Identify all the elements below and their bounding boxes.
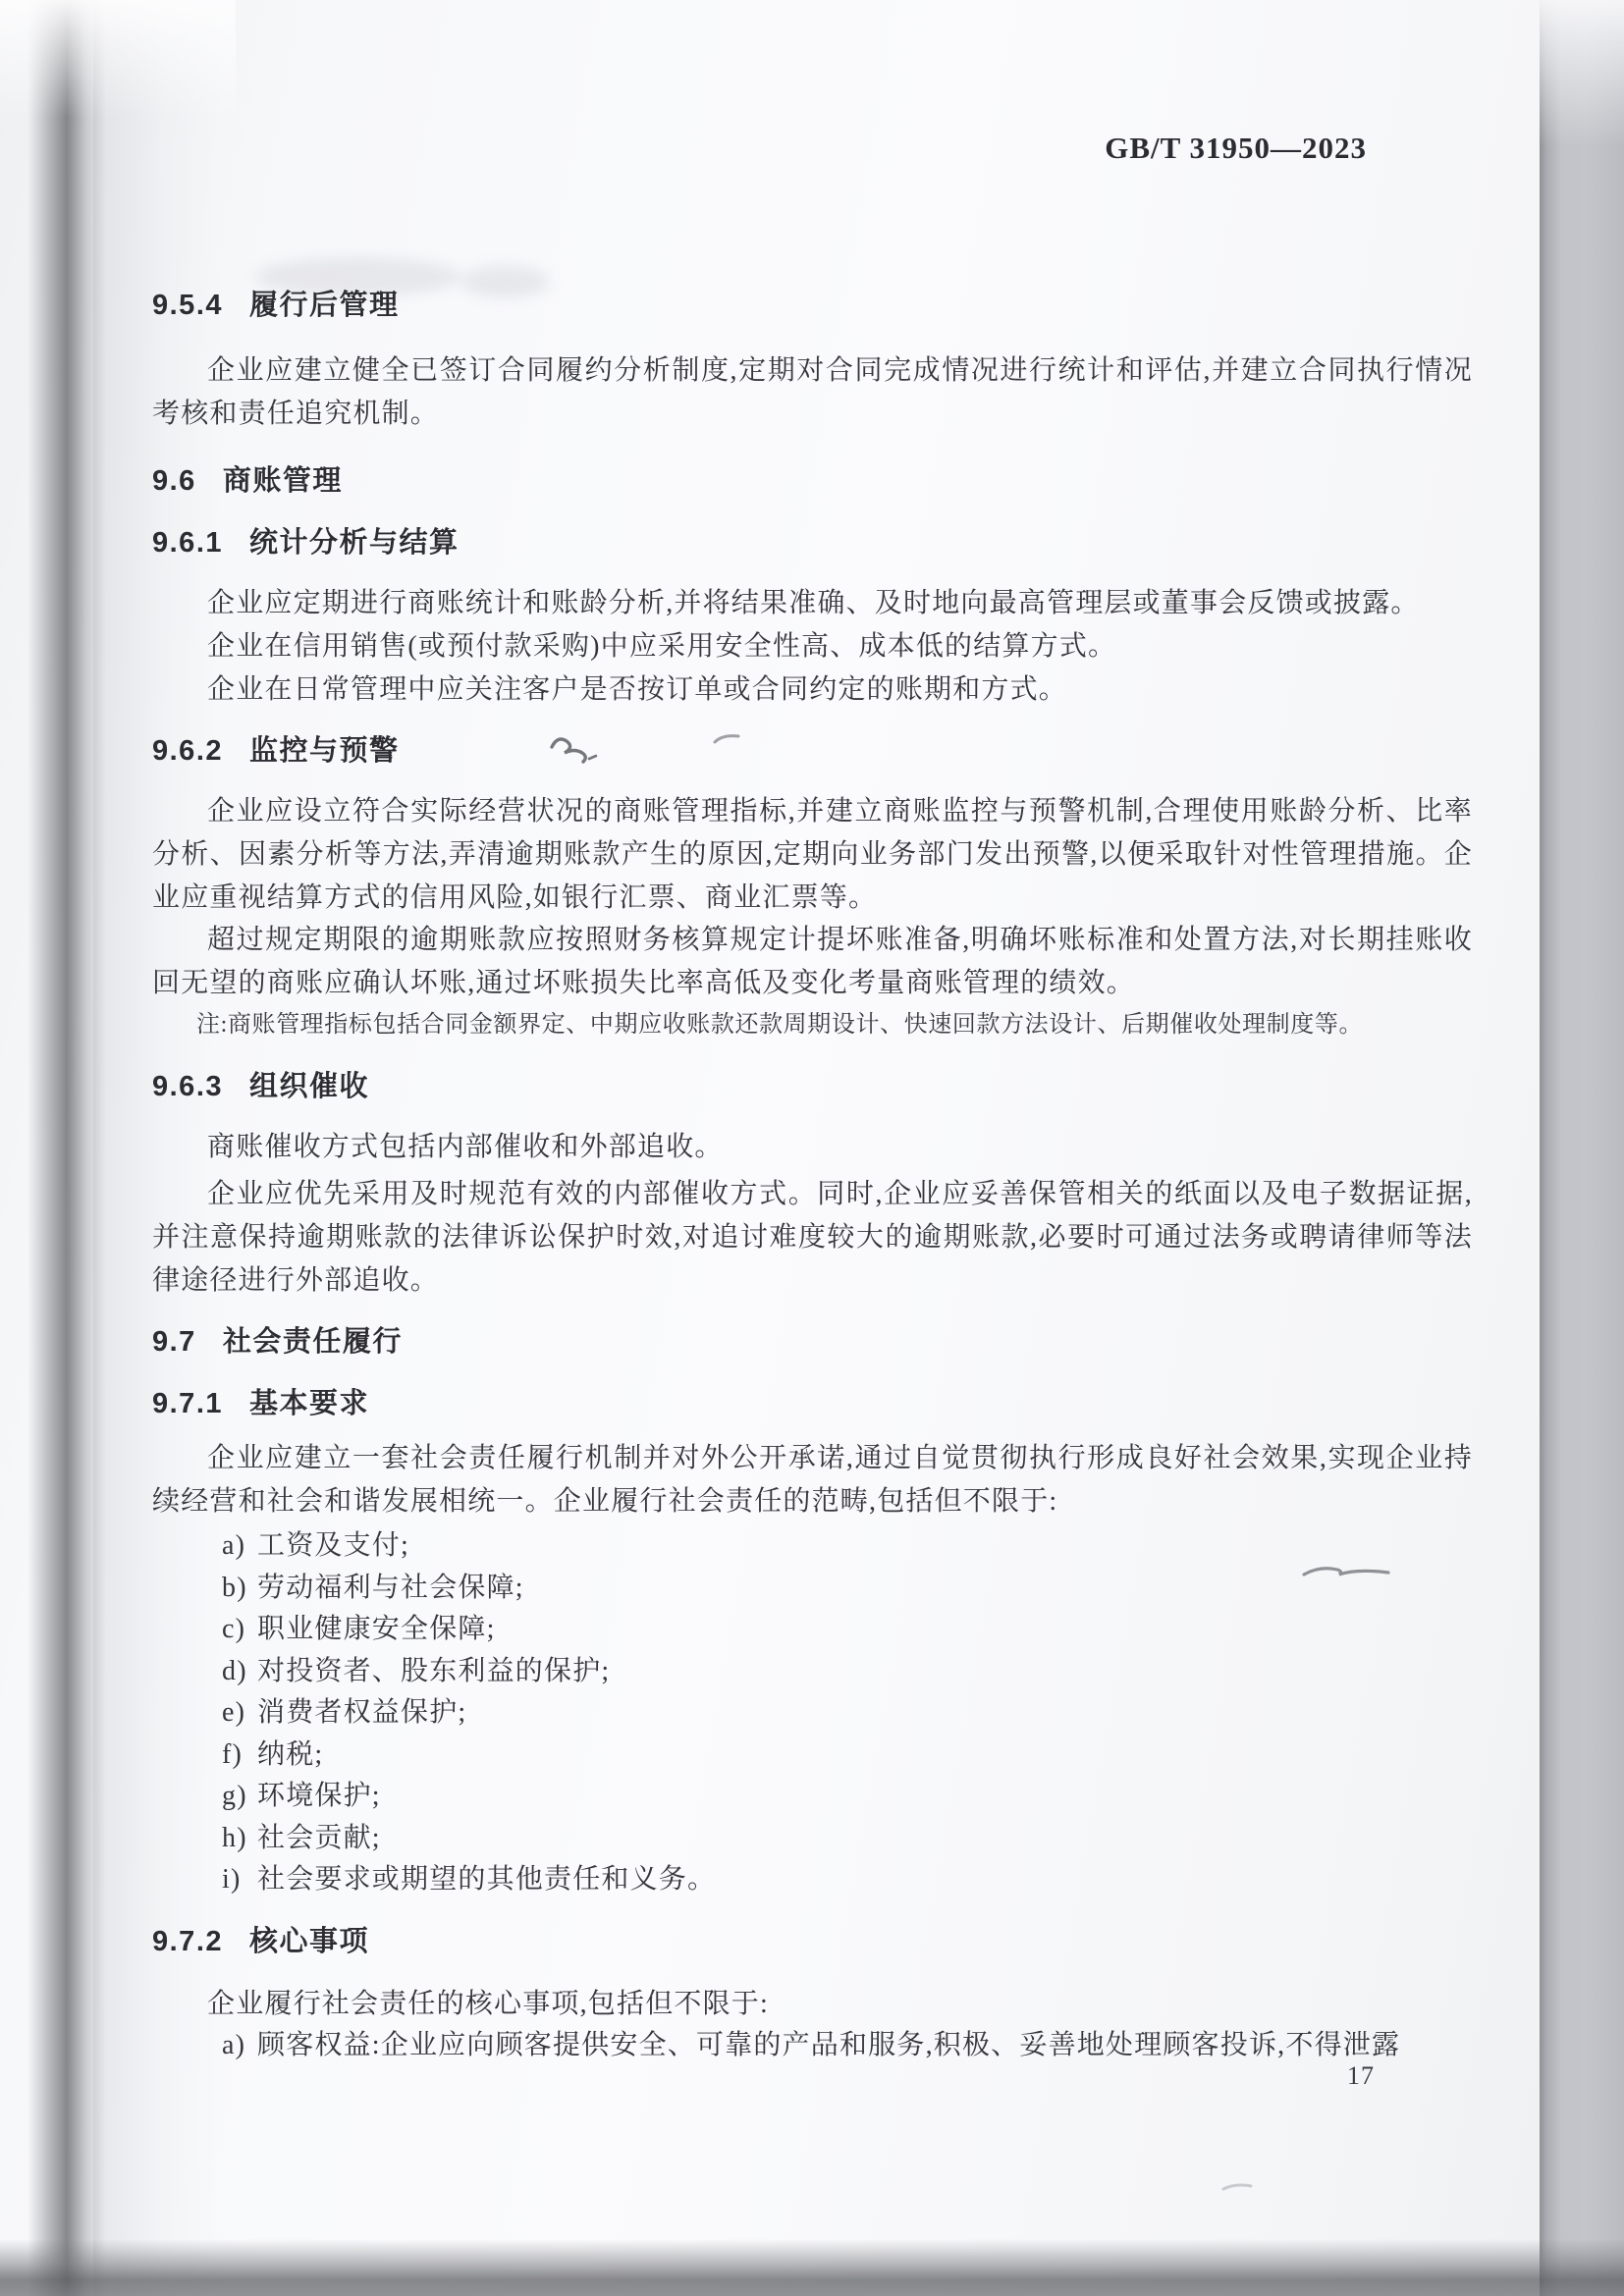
list-item-text: 环境保护; bbox=[257, 1781, 381, 1811]
paragraph: 企业履行社会责任的核心事项,包括但不限于: bbox=[152, 1983, 1473, 2026]
section-title: 核心事项 bbox=[249, 1926, 369, 1957]
paragraph: 企业应设立符合实际经营状况的商账管理指标,并建立商账监控与预警机制,合理使用账龄… bbox=[152, 790, 1473, 920]
section-heading-9-6-2: 9.6.2监控与预警 bbox=[152, 728, 400, 769]
paragraph: 企业应建立健全已签订合同履约分析制度,定期对合同完成情况进行统计和评估,并建立合… bbox=[152, 349, 1473, 436]
list-item-text: 职业健康安全保障; bbox=[257, 1614, 496, 1644]
handwritten-dash-mark bbox=[1298, 1557, 1396, 1586]
section-heading-9-5-4: 9.5.4履行后管理 bbox=[152, 283, 400, 323]
section-heading-9-6-3: 9.6.3组织催收 bbox=[152, 1064, 369, 1104]
list-item-label: e) bbox=[222, 1692, 257, 1735]
list-item-label: i) bbox=[222, 1859, 257, 1901]
list-item-label: f) bbox=[222, 1735, 257, 1777]
list-item-label: d) bbox=[222, 1651, 257, 1693]
page-number: 17 bbox=[1347, 2061, 1375, 2091]
list-item-text: 纳税; bbox=[257, 1739, 323, 1770]
faint-smudge-mark bbox=[1218, 2177, 1257, 2195]
section-number: 9.6.3 bbox=[152, 1071, 223, 1102]
section-number: 9.7 bbox=[152, 1326, 196, 1358]
section-title: 监控与预警 bbox=[249, 735, 400, 767]
list-item-label: a) bbox=[222, 2025, 257, 2067]
section-heading-9-6: 9.6商账管理 bbox=[152, 458, 343, 499]
responsibility-list: a)工资及支付; b)劳动福利与社会保障; c)职业健康安全保障; d)对投资者… bbox=[222, 1525, 716, 1901]
standard-code: GB/T 31950—2023 bbox=[1105, 131, 1367, 166]
section-heading-9-7: 9.7社会责任履行 bbox=[152, 1319, 403, 1360]
paragraph: 企业应优先采用及时规范有效的内部催收方式。同时,企业应妥善保管相关的纸面以及电子… bbox=[152, 1173, 1473, 1303]
list-item-text: 消费者权益保护; bbox=[257, 1697, 466, 1728]
list-item-text: 劳动福利与社会保障; bbox=[257, 1573, 524, 1603]
paragraph: 超过规定期限的逾期账款应按照财务核算规定计提坏账准备,明确坏账标准和处置方法,对… bbox=[152, 919, 1473, 1005]
list-item-label: c) bbox=[222, 1609, 257, 1651]
list-item-label: h) bbox=[222, 1818, 257, 1860]
list-item-text: 顾客权益:企业应向顾客提供安全、可靠的产品和服务,积极、妥善地处理顾客投诉,不得… bbox=[257, 2030, 1400, 2060]
handwritten-tick-mark bbox=[709, 726, 744, 750]
section-heading-9-6-1: 9.6.1统计分析与结算 bbox=[152, 520, 460, 561]
paragraph: 企业应建立一套社会责任履行机制并对外公开承诺,通过自觉贯彻执行形成良好社会效果,… bbox=[152, 1437, 1473, 1523]
list-item: b)劳动福利与社会保障; bbox=[222, 1568, 716, 1610]
list-item: a)工资及支付; bbox=[222, 1525, 716, 1568]
list-item: c)职业健康安全保障; bbox=[222, 1609, 716, 1651]
handwritten-scribble-mark bbox=[538, 721, 646, 769]
list-item: g)环境保护; bbox=[222, 1776, 716, 1818]
list-item: a)顾客权益:企业应向顾客提供安全、可靠的产品和服务,积极、妥善地处理顾客投诉,… bbox=[222, 2025, 1400, 2067]
section-title: 基本要求 bbox=[249, 1388, 369, 1419]
list-item-text: 社会贡献; bbox=[257, 1823, 381, 1853]
paragraph: 企业在信用销售(或预付款采购)中应采用安全性高、成本低的结算方式。 bbox=[152, 625, 1473, 668]
section-number: 9.7.2 bbox=[152, 1926, 223, 1957]
list-item-label: a) bbox=[222, 1525, 257, 1568]
list-item: h)社会贡献; bbox=[222, 1818, 716, 1860]
section-heading-9-7-2: 9.7.2核心事项 bbox=[152, 1919, 369, 1959]
section-title: 履行后管理 bbox=[249, 290, 400, 321]
section-number: 9.7.1 bbox=[152, 1388, 223, 1419]
list-item: d)对投资者、股东利益的保护; bbox=[222, 1651, 716, 1693]
section-heading-9-7-1: 9.7.1基本要求 bbox=[152, 1381, 369, 1421]
section-title: 组织催收 bbox=[249, 1071, 369, 1102]
section-title: 统计分析与结算 bbox=[249, 527, 460, 559]
section-number: 9.5.4 bbox=[152, 290, 223, 321]
list-item-text: 工资及支付; bbox=[257, 1530, 409, 1561]
paragraph-group: 企业应定期进行商账统计和账龄分析,并将结果准确、及时地向最高管理层或董事会反馈或… bbox=[152, 582, 1473, 712]
scanned-document-page: GB/T 31950—2023 9.5.4履行后管理 企业应建立健全已签订合同履… bbox=[0, 0, 1624, 2296]
list-item-label: g) bbox=[222, 1776, 257, 1818]
section-number: 9.6.1 bbox=[152, 527, 223, 559]
list-item-label: b) bbox=[222, 1568, 257, 1610]
paragraph: 企业在日常管理中应关注客户是否按订单或合同约定的账期和方式。 bbox=[152, 668, 1473, 712]
core-items-list: a)顾客权益:企业应向顾客提供安全、可靠的产品和服务,积极、妥善地处理顾客投诉,… bbox=[222, 2025, 1400, 2067]
section-number: 9.6.2 bbox=[152, 735, 223, 767]
section-title: 商账管理 bbox=[223, 465, 343, 497]
section-title: 社会责任履行 bbox=[223, 1326, 403, 1358]
list-item: i)社会要求或期望的其他责任和义务。 bbox=[222, 1859, 716, 1901]
list-item-text: 对投资者、股东利益的保护; bbox=[257, 1656, 610, 1686]
paragraph: 商账催收方式包括内部催收和外部追收。 bbox=[152, 1126, 1473, 1169]
list-item: e)消费者权益保护; bbox=[222, 1692, 716, 1735]
paragraph: 企业应定期进行商账统计和账龄分析,并将结果准确、及时地向最高管理层或董事会反馈或… bbox=[152, 582, 1473, 625]
list-item-text: 社会要求或期望的其他责任和义务。 bbox=[257, 1864, 716, 1895]
section-number: 9.6 bbox=[152, 465, 196, 497]
list-item: f)纳税; bbox=[222, 1735, 716, 1777]
note-line: 注:商账管理指标包括合同金额界定、中期应收账款还款周期设计、快速回款方法设计、后… bbox=[196, 1005, 1512, 1044]
